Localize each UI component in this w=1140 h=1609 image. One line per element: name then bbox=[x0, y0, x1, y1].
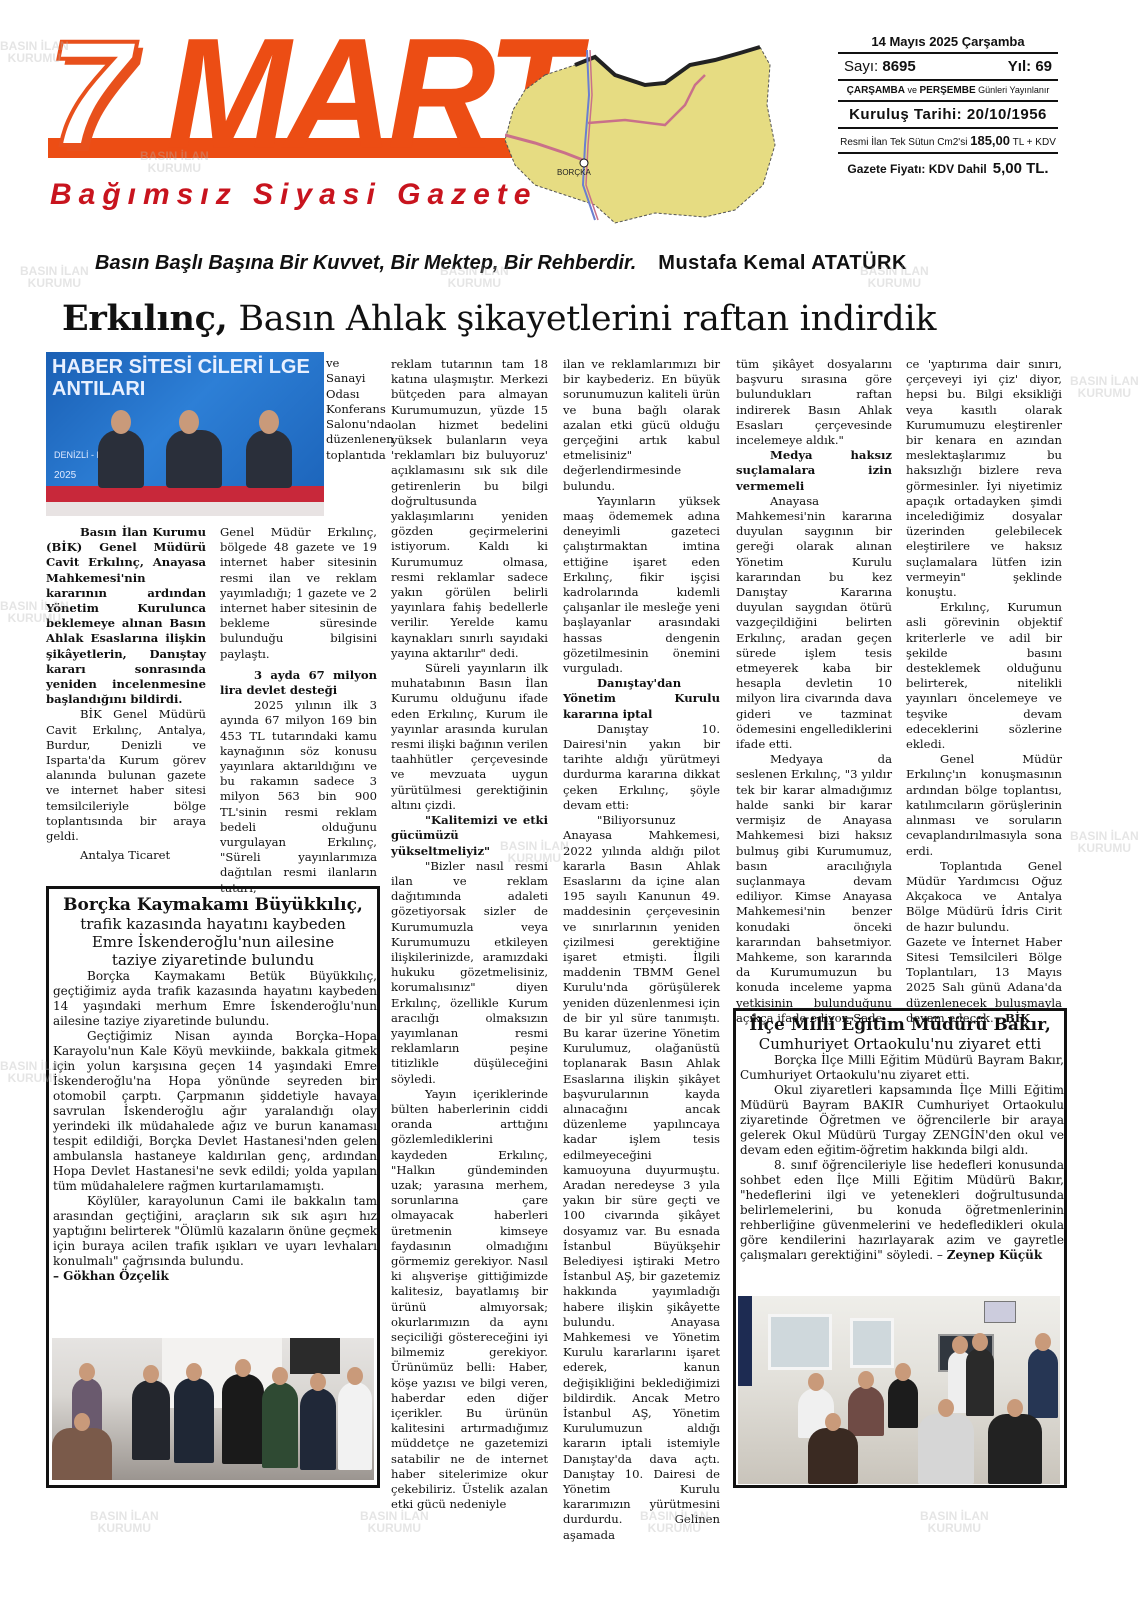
newspaper-logo: 7 MART bbox=[48, 18, 538, 178]
article-paragraph: Genel Müdür Erkılınç, bölgede 48 gazete … bbox=[220, 525, 377, 662]
article-column-5: tüm şikâyet dosyalarını başvuru sırasına… bbox=[736, 357, 892, 1026]
headline-bold: Erkılınç, bbox=[62, 298, 228, 339]
watermark: BASIN İLANKURUMU bbox=[1070, 830, 1139, 854]
article-paragraph: Borçka Kaymakamı Betük Büyükkılıç, geçti… bbox=[53, 969, 377, 1029]
headline-rest: Basın Ahlak şikayetlerini raftan indirdi… bbox=[238, 299, 936, 339]
ad-rate-label: Resmi İlan Tek Sütun Cm2'si bbox=[840, 137, 967, 148]
article-paragraph: ilan ve reklamlarımızı bir bir kaybederi… bbox=[563, 357, 720, 494]
issue-number: 8695 bbox=[882, 58, 915, 75]
article-subheading: Medya haksız suçlamalara izin vermemeli bbox=[736, 448, 892, 494]
article-column-3: reklam tutarının tam 18 katına ulaşmıştı… bbox=[391, 357, 548, 1512]
article-subheading: 3 ayda 67 milyon lira devlet desteği bbox=[220, 668, 377, 698]
article-paragraph: reklam tutarının tam 18 katına ulaşmıştı… bbox=[391, 357, 548, 661]
article-subheading: "Kalitemizi ve etki gücümüzü yükseltmeli… bbox=[391, 813, 548, 859]
motto-text: Basın Başlı Başına Bir Kuvvet, Bir Mekte… bbox=[95, 252, 636, 274]
watermark: BASIN İLANKURUMU bbox=[920, 1510, 989, 1534]
table-skirt bbox=[46, 502, 324, 516]
ad-rate-suffix: TL + KDV bbox=[1013, 137, 1056, 148]
newspaper-slogan: Bağımsız Siyasi Gazete bbox=[50, 178, 550, 212]
watermark: BASIN İLANKURUMU bbox=[90, 1510, 159, 1534]
year-label: Yıl: bbox=[1008, 58, 1031, 75]
speaker-right bbox=[246, 430, 292, 488]
year-number: 69 bbox=[1035, 58, 1052, 75]
education-article-body: Borçka İlçe Milli Eğitim Müdürü Bayram B… bbox=[740, 1053, 1064, 1263]
price-label: Gazete Fiyatı: KDV Dahil bbox=[847, 162, 986, 176]
article-paragraph: 8. sınıf öğrencileriyle lise hedefleri k… bbox=[740, 1158, 1064, 1262]
classroom-visit-photo bbox=[738, 1296, 1060, 1484]
issue-label: Sayı: bbox=[844, 58, 878, 75]
price-value: 5,00 TL. bbox=[993, 160, 1049, 177]
education-article-title: İlçe Milli Eğitim Müdürü Bakır, bbox=[736, 1015, 1064, 1035]
article-lead: Basın İlan Kurumu (BİK) Genel Müdürü Cav… bbox=[46, 525, 206, 707]
publication-days: ÇARŞAMBA ve PERŞEMBE Günleri Yayınlanır bbox=[838, 81, 1058, 102]
article-paragraph: BİK Genel Müdürü Cavit Erkılınç, Antalya… bbox=[46, 707, 206, 844]
article-column-1: Basın İlan Kurumu (BİK) Genel Müdürü Cav… bbox=[46, 525, 206, 863]
wall-frame bbox=[984, 1301, 1016, 1323]
borcka-map-icon: BORÇKA bbox=[505, 35, 790, 225]
speaker-left bbox=[98, 430, 144, 488]
article-subheading: Danıştay'dan Yönetim Kurulu kararına ipt… bbox=[563, 676, 720, 722]
issue-number-row: Sayı: 8695 Yıl: 69 bbox=[838, 54, 1058, 81]
article-paragraph: ve Sanayi Odası Konferans Salonu'nda düz… bbox=[326, 356, 376, 463]
issue-date: 14 Mayıs 2025 Çarşamba bbox=[838, 34, 1058, 54]
article-paragraph: Yayın içeriklerinde bülten haberlerinin … bbox=[391, 1087, 548, 1513]
article-paragraph: Okul ziyaretleri kapsamında İlçe Milli E… bbox=[740, 1083, 1064, 1158]
borcka-article-title: Borçka Kaymakamı Büyükkılıç, bbox=[49, 895, 377, 915]
ataturk-motto: Basın Başlı Başına Bir Kuvvet, Bir Mekte… bbox=[95, 252, 1035, 275]
article-paragraph: Yayınların yüksek maaş ödememek adına de… bbox=[563, 494, 720, 676]
article-paragraph: Erkılınç, Kurumun asli görevinin objekti… bbox=[906, 600, 1062, 752]
ad-rate: Resmi İlan Tek Sütun Cm2'si 185,00 TL + … bbox=[838, 129, 1058, 154]
ad-rate-price: 185,00 bbox=[970, 133, 1010, 148]
main-headline: Erkılınç, Basın Ahlak şikayetlerini raft… bbox=[62, 298, 1062, 339]
article-paragraph: 2025 yılının ilk 3 ayında 67 milyon 169 … bbox=[220, 698, 377, 896]
classroom-window bbox=[768, 1314, 832, 1370]
article-paragraph: Antalya Ticaret bbox=[46, 848, 206, 863]
speaker-center bbox=[166, 430, 222, 488]
days-suffix: Günleri Yayınlanır bbox=[978, 85, 1049, 95]
article-paragraph: Süreli yayınların ilk muhatabının Basın … bbox=[391, 661, 548, 813]
article-column-2-top: ve Sanayi Odası Konferans Salonu'nda düz… bbox=[326, 356, 376, 463]
issue-info-box: 14 Mayıs 2025 Çarşamba Sayı: 8695 Yıl: 6… bbox=[838, 34, 1058, 177]
article-paragraph: "Biliyorsunuz Anayasa Mahkemesi, 2022 yı… bbox=[563, 813, 720, 1543]
borcka-article-body: Borçka Kaymakamı Betük Büyükkılıç, geçti… bbox=[53, 969, 377, 1284]
article-paragraph: Genel Müdür Erkılınç'ın konuşmasının ard… bbox=[906, 752, 1062, 858]
article-paragraph: Anayasa Mahkemesi'nin kararına duyulan s… bbox=[736, 494, 892, 752]
watermark: BASIN İLANKURUMU bbox=[20, 265, 89, 289]
article-paragraph: Geçtiğimiz Nisan ayında Borçka–Hopa Kara… bbox=[53, 1029, 377, 1194]
article-paragraph: Köylüler, karayolunun Cami ile bakkalın … bbox=[53, 1194, 377, 1269]
article-column-4: ilan ve reklamlarımızı bir bir kaybederi… bbox=[563, 357, 720, 1543]
meeting-photo: HABER SİTESİ CİLERİ LGE ANTILARI DENİZLİ… bbox=[46, 352, 324, 516]
article-paragraph: tüm şikâyet dosyalarını başvuru sırasına… bbox=[736, 357, 892, 448]
education-article-subtitle: Cumhuriyet Ortaokulu'nu ziyaret etti bbox=[736, 1035, 1064, 1053]
watermark: BASIN İLANKURUMU bbox=[1070, 375, 1139, 399]
article-paragraph: Borçka İlçe Milli Eğitim Müdürü Bayram B… bbox=[740, 1053, 1064, 1083]
condolence-visit-photo bbox=[52, 1338, 374, 1480]
day-thursday: PERŞEMBE bbox=[920, 85, 976, 96]
article-paragraph: ce 'yaptırıma dair sınırı, çerçeveyi iyi… bbox=[906, 357, 1062, 600]
newspaper-price: Gazete Fiyatı: KDV Dahil5,00 TL. bbox=[838, 154, 1058, 177]
photo-banner-year: 2025 bbox=[54, 470, 76, 481]
map-city-label: BORÇKA bbox=[557, 168, 591, 177]
article-paragraph: Danıştay 10. Dairesi'nin yakın bir tarih… bbox=[563, 722, 720, 813]
watermark: BASIN İLANKURUMU bbox=[360, 1510, 429, 1534]
classroom-window bbox=[850, 1318, 894, 1368]
article-author: – Gökhan Özçelik bbox=[53, 1269, 377, 1284]
borcka-article-subtitle: trafik kazasında hayatını kaybeden Emre … bbox=[49, 915, 377, 969]
article-column-2: Genel Müdür Erkılınç, bölgede 48 gazete … bbox=[220, 525, 377, 896]
logo-number: 7 bbox=[48, 18, 127, 168]
article-paragraph: Medyaya da seslenen Erkılınç, "3 yıldır … bbox=[736, 752, 892, 1026]
motto-author: Mustafa Kemal ATATÜRK bbox=[658, 252, 907, 274]
article-paragraph: "Bizler nasıl resmi ilan ve reklam dağıt… bbox=[391, 859, 548, 1087]
curtain bbox=[738, 1296, 752, 1386]
article-paragraph: Toplantıda Genel Müdür Yardımcısı Oğuz A… bbox=[906, 859, 1062, 935]
days-and: ve bbox=[907, 85, 917, 95]
tv-screen bbox=[290, 1338, 340, 1374]
founding-date: Kuruluş Tarihi: 20/10/1956 bbox=[838, 102, 1058, 129]
article-column-6: ce 'yaptırıma dair sınırı, çerçeveyi iyi… bbox=[906, 357, 1062, 1026]
article-author: Zeynep Küçük bbox=[947, 1248, 1043, 1262]
day-wednesday: ÇARŞAMBA bbox=[847, 85, 905, 96]
photo-banner-text: HABER SİTESİ CİLERİ LGE ANTILARI bbox=[52, 356, 324, 400]
